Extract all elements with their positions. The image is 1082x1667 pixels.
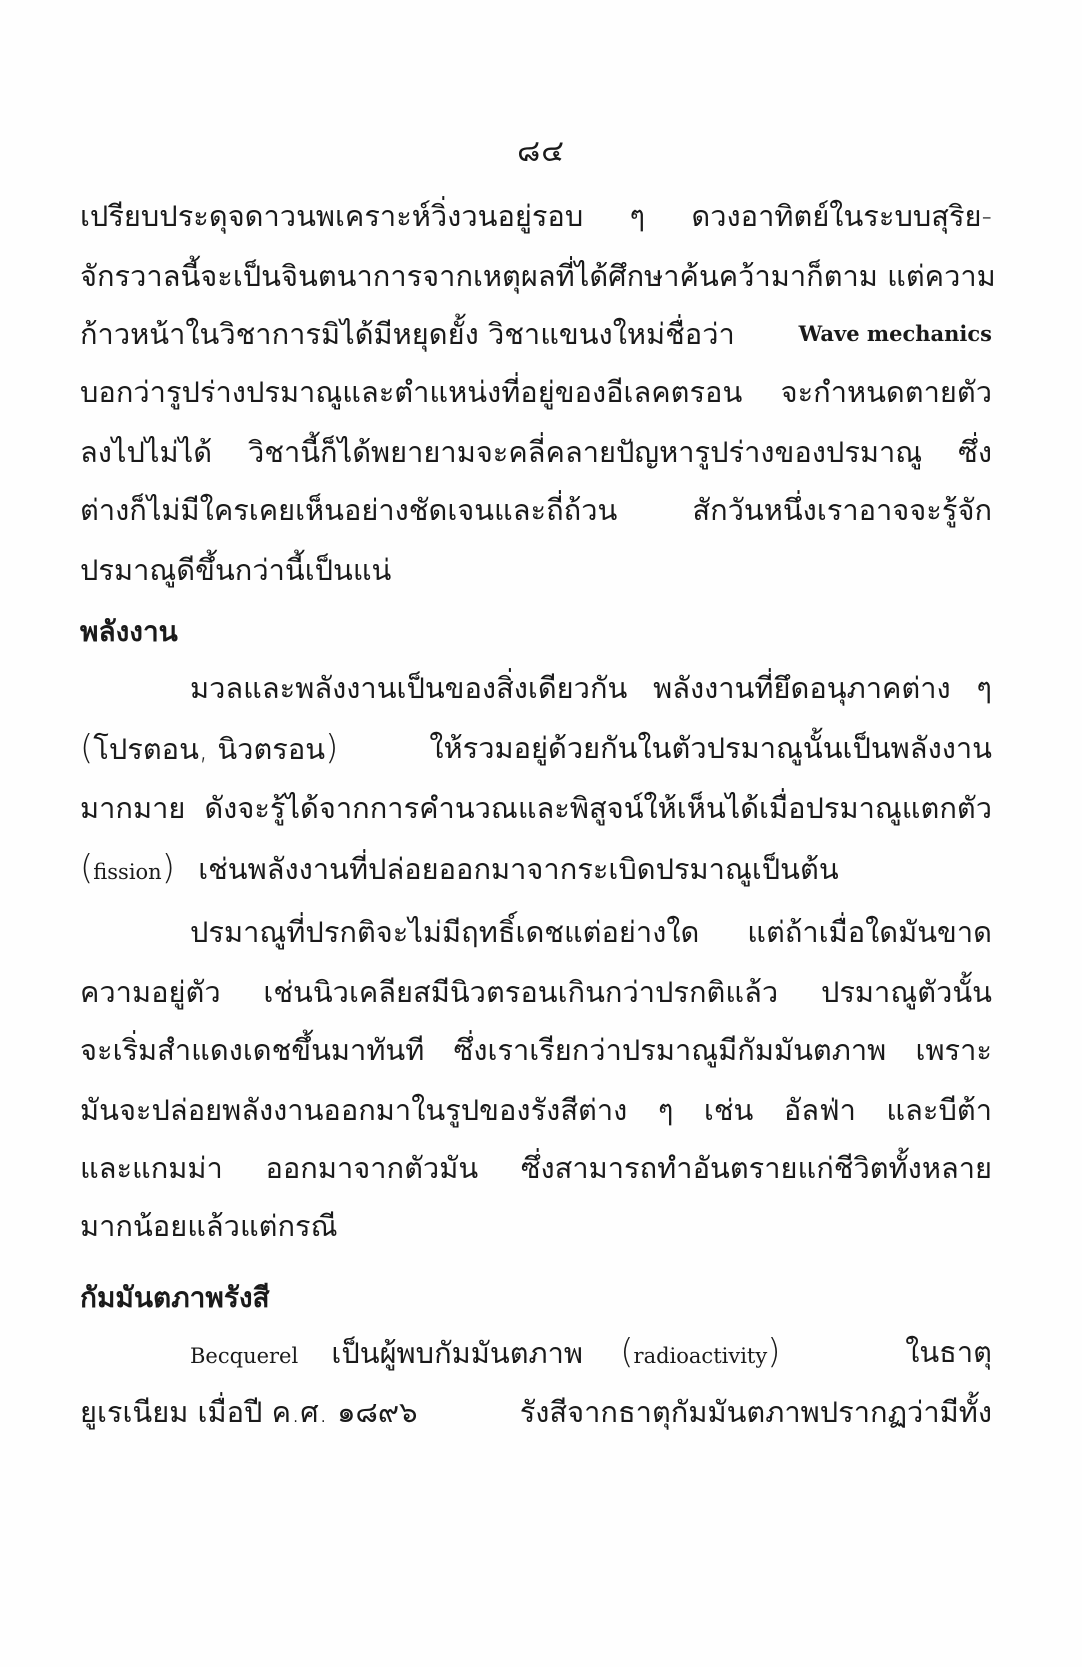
text-segment: ให้รวมอยู่ด้วยกันในตัวปรมาณูนั้นเป็นพลัง… (429, 728, 992, 768)
text-line: มันจะปล่อยพลังงานออกมาในรูปของรังสีต่าง … (80, 1090, 992, 1130)
text-line: จักรวาลนี้จะเป็นจินตนาการจากเหตุผลที่ได้… (80, 256, 992, 296)
open-paren: ( (80, 848, 93, 888)
text-segment: ยูเรเนียม เมื่อปี ค.ศ. ๑๘๙๖ (80, 1395, 418, 1429)
page-number: ๘๔ (0, 128, 1082, 175)
text-line: เปรียบประดุจดาวนพเคราะห์วิ่งวนอยู่รอบ ๆ … (80, 196, 992, 236)
close-paren: ) (767, 1332, 780, 1372)
latin-term-becquerel: Becquerel (190, 1344, 298, 1368)
text-segment: เช่นพลังงานที่ปล่อยออกมาจากระเบิดปรมาณูเ… (198, 852, 838, 886)
close-paren: ) (162, 848, 175, 888)
text-line: มากมาย ดังจะรู้ได้จากการคำนวณและพิสูจน์ใ… (80, 788, 992, 828)
text-line: (fission) เช่นพลังงานที่ปล่อยออกมาจากระเ… (80, 848, 992, 892)
text-line: บอกว่ารูปร่างปรมาณูและตำแหน่งที่อยู่ของอ… (80, 372, 992, 412)
section-heading-energy: พลังงาน (80, 612, 178, 652)
latin-term-fission: fission (93, 860, 161, 884)
text-line: จะเริ่มสำแดงเดชขึ้นมาทันที ซึ่งเราเรียกว… (80, 1030, 992, 1070)
latin-term-wave-mechanics: Wave mechanics (799, 314, 992, 354)
text-line: ยูเรเนียม เมื่อปี ค.ศ. ๑๘๙๖ รังสีจากธาตุ… (80, 1392, 992, 1432)
text-segment: เป็นผู้พบกัมมันตภาพ (331, 1336, 583, 1370)
open-paren: ( (620, 1332, 633, 1372)
text-line: มวลและพลังงานเป็นของสิ่งเดียวกัน พลังงาน… (190, 668, 992, 708)
text-segment: ก้าวหน้าในวิชาการมิได้มีหยุดยั้ง วิชาแขน… (80, 317, 735, 351)
text-line: ต่างก็ไม่มีใครเคยเห็นอย่างชัดเจนและถี่ถ้… (80, 490, 992, 530)
section-heading-radioactivity: กัมมันตภาพรังสี (80, 1278, 270, 1318)
latin-term-radioactivity: radioactivity (634, 1344, 768, 1368)
document-page: ๘๔ เปรียบประดุจดาวนพเคราะห์วิ่งวนอยู่รอบ… (0, 0, 1082, 1667)
close-paren: ) (325, 728, 338, 768)
text-line: ปรมาณูดีขึ้นกว่านี้เป็นแน่ (80, 550, 992, 590)
open-paren: ( (80, 728, 93, 768)
text-line: ก้าวหน้าในวิชาการมิได้มีหยุดยั้ง วิชาแขน… (80, 314, 992, 354)
text-line: ปรมาณูที่ปรกติจะไม่มีฤทธิ์เดชแต่อย่างใด … (190, 912, 992, 952)
text-line: และแกมม่า ออกมาจากตัวมัน ซึ่งสามารถทำอัน… (80, 1148, 992, 1188)
text-segment: โปรตอน, นิวตรอน (93, 732, 325, 766)
text-segment: รังสีจากธาตุกัมมันตภาพปรากฏว่ามีทั้ง (520, 1392, 992, 1432)
text-line: ลงไปไม่ได้ วิชานี้ก็ได้พยายามจะคลี่คลายป… (80, 432, 992, 472)
text-line: ความอยู่ตัว เช่นนิวเคลียสมีนิวตรอนเกินกว… (80, 972, 992, 1012)
text-segment: ในธาตุ (905, 1332, 992, 1372)
text-line: (โปรตอน, นิวตรอน) ให้รวมอยู่ด้วยกันในตัว… (80, 728, 992, 769)
text-line: มากน้อยแล้วแต่กรณี (80, 1206, 992, 1246)
text-line: Becquerel เป็นผู้พบกัมมันตภาพ (radioacti… (190, 1332, 992, 1376)
